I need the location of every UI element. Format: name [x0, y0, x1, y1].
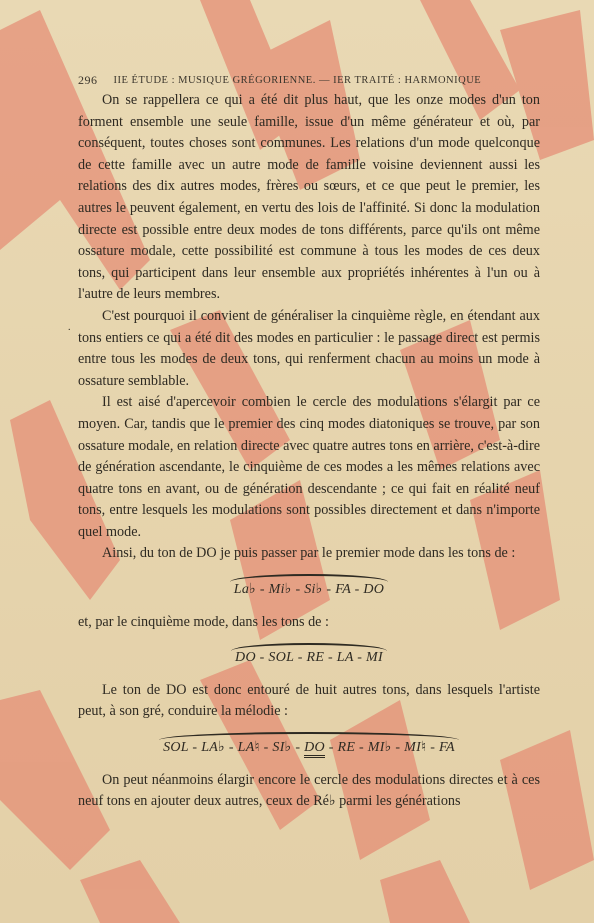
sequence-text-after: - RE - MI♭ - MI♮ - FA	[325, 740, 455, 755]
paragraph-7: On peut néanmoins élargir encore le cerc…	[78, 770, 540, 813]
sequence-text-before: SOL - LA♭ - LA♮ - SI♭ -	[163, 740, 304, 755]
paragraph-4: Ainsi, du ton de DO je puis passer par l…	[78, 543, 540, 565]
paragraph-3: Il est aisé d'apercevoir combien le cerc…	[78, 392, 540, 543]
running-header: 296 IIe ÉTUDE : MUSIQUE GRÉGORIENNE. — I…	[78, 70, 540, 90]
margin-mark: .	[68, 322, 71, 333]
page-content: 296 IIe ÉTUDE : MUSIQUE GRÉGORIENNE. — I…	[78, 70, 540, 813]
sequence-all-tones: SOL - LA♭ - LA♮ - SI♭ - DO - RE - MI♭ - …	[78, 735, 540, 756]
sequence-text: La♭ - Mi♭ - Si♭ - FA - DO	[234, 582, 384, 597]
paragraph-5: et, par le cinquième mode, dans les tons…	[78, 612, 540, 634]
sequence-fifth-mode: DO - SOL - RE - LA - MI	[78, 646, 540, 666]
paragraph-1: On se rappellera ce qui a été dit plus h…	[78, 90, 540, 306]
running-title: IIe ÉTUDE : MUSIQUE GRÉGORIENNE. — Ier T…	[114, 75, 482, 86]
paragraph-6: Le ton de DO est donc entouré de huit au…	[78, 680, 540, 723]
sequence-first-mode: La♭ - Mi♭ - Si♭ - FA - DO	[78, 577, 540, 598]
paragraph-2: C'est pourquoi il convient de généralise…	[78, 306, 540, 392]
page-number: 296	[78, 73, 98, 88]
sequence-center-do: DO	[304, 740, 325, 758]
sequence-text: DO - SOL - RE - LA - MI	[235, 650, 383, 665]
